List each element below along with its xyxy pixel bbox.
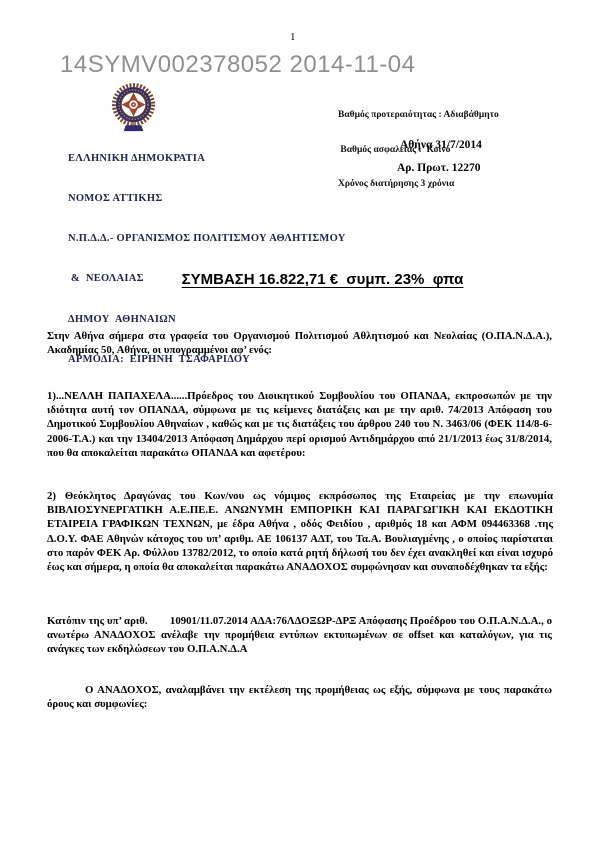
document-title-wrap: ΣΥΜΒΑΣΗ 16.822,71 € συμπ. 23% φπα [25,271,595,289]
agency-line: ΕΛΛΗΝΙΚΗ ΔΗΜΟΚΡΑΤΙΑ [68,152,358,165]
agency-line: ΔΗΜΟΥ ΑΘΗΝΑΙΩΝ [68,313,358,326]
protocol-number: Αρ. Πρωτ. 12270 [397,162,481,174]
agency-line: Ν.Π.Δ.Δ.- ΟΡΓΑΝΙΣΜΟΣ ΠΟΛΙΤΙΣΜΟΥ ΑΘΛΗΤΙΣΜ… [68,232,358,245]
registry-code-watermark: 14SYMV002378052 2014-11-04 [60,51,416,79]
document-page: 1 14SYMV002378052 2014-11-04 ΕΛΛΗΝΙΚΗ ΔΗ… [0,0,595,842]
paragraph-intro: Στην Αθήνα σήμερα στα γραφεία του Οργανι… [47,329,552,357]
paragraph-contractor-undertaking: Ο ΑΝΑΔΟΧΟΣ, αναλαμβάνει την εκτέλεση της… [47,683,552,711]
city-date: Αθήνα 31/7/2014 [400,139,482,151]
paragraph-party-2: 2) Θεόκλητος Δραγώνας του Κων/νου ως νόμ… [47,489,553,574]
priority-level-line: Βαθμός προτεραιότητας : Αδιαβάθμητο [338,110,578,122]
page-number: 1 [290,31,296,43]
paragraph-party-1: 1)...ΝΕΛΛΗ ΠΑΠΑΧΕΛΑ......Πρόεδρος του Δι… [47,389,552,460]
paragraph-award-decision: Κατόπιν της υπ’ αριθ. 10901/11.07.2014 Α… [47,614,552,657]
retention-period-line: Χρόνος διατήρησης 3 χρόνια [338,179,578,191]
document-title: ΣΥΜΒΑΣΗ 16.822,71 € συμπ. 23% φπα [182,271,464,288]
agency-line: ΝΟΜΟΣ ΑΤΤΙΚΗΣ [68,192,358,205]
